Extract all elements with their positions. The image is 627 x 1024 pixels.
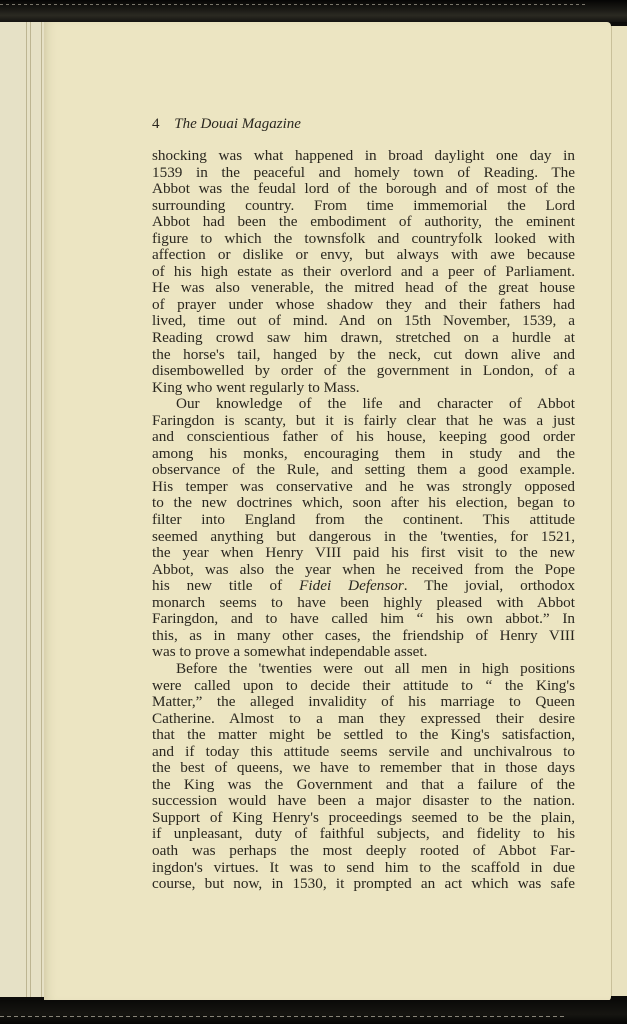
text-line: affection or dislike or envy, but always… [152,247,575,264]
text-line: the King was the Government and that a f… [152,777,575,794]
text-line: ingdon's virtues. It was to send him to … [152,860,575,877]
text-line: surrounding country. From time immemoria… [152,198,575,215]
text-line: oath was perhaps the most deeply rooted … [152,843,575,860]
text-line: were called upon to decide their attitud… [152,678,575,695]
text-line: disembowelled by order of the government… [152,363,575,380]
text-line: He was also venerable, the mitred head o… [152,280,575,297]
italic-title: Fidei Defensor [299,577,404,594]
text-line: Reading crowd saw him drawn, stretched o… [152,330,575,347]
text-line: Faringdon is scanty, but it is fairly cl… [152,413,575,430]
text-line: Faringdon, and to have called him “ his … [152,611,575,628]
text-line: Before the 'twenties were out all men in… [152,661,575,678]
text-line: 1539 in the peaceful and homely town of … [152,165,575,182]
text-line: and conscientious father of his house, k… [152,429,575,446]
text-line: shocking was what happened in broad dayl… [152,148,575,165]
text-line: that the matter might be settled to the … [152,727,575,744]
text-line: this, as in many other cases, the friend… [152,628,575,645]
text-line: Abbot was the feudal lord of the borough… [152,181,575,198]
text-line: of prayer under whose shadow they and th… [152,297,575,314]
text-line: observance of the Rule, and setting them… [152,462,575,479]
stacked-page-edges-left [0,22,48,997]
text-line: if unpleasant, duty of faithful subjects… [152,826,575,843]
text-line: Our knowledge of the life and character … [152,396,575,413]
text-line: figure to which the townsfolk and countr… [152,231,575,248]
text-line: course, but now, in 1530, it prompted an… [152,876,575,893]
text-line: seemed anything but dangerous in the 'tw… [152,529,575,546]
book-cover-bottom [0,1000,627,1024]
text-line: of his high estate as their overlord and… [152,264,575,281]
page-edge-line [26,22,27,997]
book-cover-top [0,0,627,22]
page-edge-line [30,22,31,997]
page-edge-line [41,22,42,997]
text-line: the year when Henry VIII paid his first … [152,545,575,562]
text-line: Abbot had been the embodiment of authori… [152,214,575,231]
text-line: Support of King Henry's proceedings seem… [152,810,575,827]
text-line: Abbot, was also the year when he receive… [152,562,575,579]
text-line: the horse's tail, hanged by the neck, cu… [152,347,575,364]
text-line: to the new doctrines which, soon after h… [152,495,575,512]
text-line: Matter,” the alleged invalidity of his m… [152,694,575,711]
text-line: filter into England from the continent. … [152,512,575,529]
text-line: and if today this attitude seems servile… [152,744,575,761]
text-line: the best of queens, we have to remember … [152,760,575,777]
text-line: among his monks, encouraging them in stu… [152,446,575,463]
body-text: shocking was what happened in broad dayl… [152,148,575,893]
text-line: monarch seems to have been highly please… [152,595,575,612]
text-line: was to prove a somewhat independable ass… [152,644,575,661]
running-head: 4 The Douai Magazine [152,116,301,133]
text-line: His temper was conservative and he was s… [152,479,575,496]
text-line: King who went regularly to Mass. [152,380,575,397]
text-line: his new title of Fidei Defensor. The jov… [152,578,575,595]
text-line: succession would have been a major disas… [152,793,575,810]
facing-page-edge [611,26,627,996]
page-number: 4 [152,116,160,132]
publication-title: The Douai Magazine [174,116,301,132]
text-line: lived, time out of mind. And on 15th Nov… [152,313,575,330]
text-line: Catherine. Almost to a man they expresse… [152,711,575,728]
